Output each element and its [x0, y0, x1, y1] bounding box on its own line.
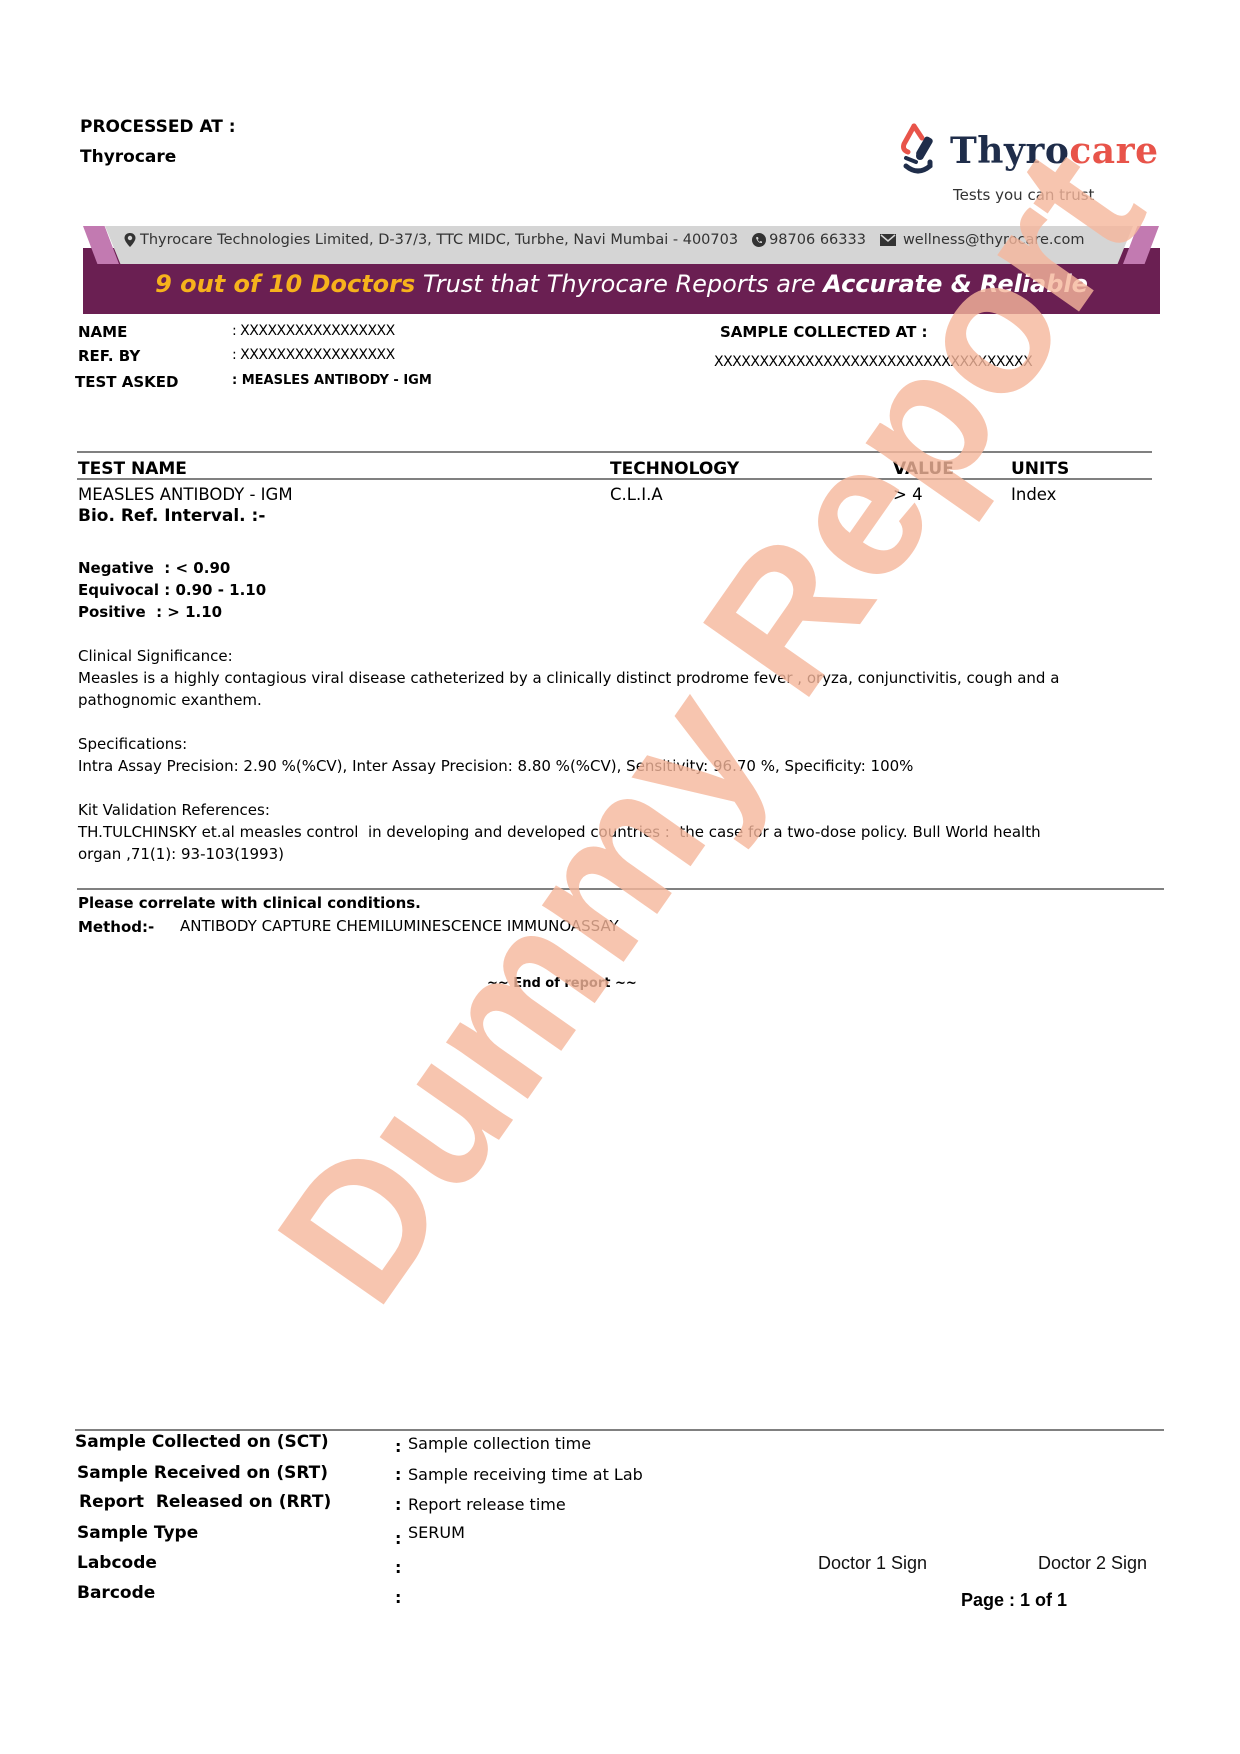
sample-collected-at-label: SAMPLE COLLECTED AT :	[720, 323, 928, 341]
doctor-2-sign: Doctor 2 Sign	[1038, 1553, 1147, 1574]
trust-tagline: 9 out of 10 Doctors Trust that Thyrocare…	[83, 270, 1160, 298]
whatsapp-phone-icon	[752, 233, 766, 247]
bio-ref-title: Bio. Ref. Interval. :-	[78, 506, 265, 526]
specifications-title: Specifications:	[78, 733, 187, 755]
ref-by-value: : XXXXXXXXXXXXXXXXX	[232, 347, 395, 363]
cell-test-name: MEASLES ANTIBODY - IGM	[78, 485, 293, 504]
end-of-report: ~~ End of report ~~	[487, 976, 637, 991]
microscope-drop-icon	[900, 122, 944, 182]
specifications-text: Intra Assay Precision: 2.90 %(%CV), Inte…	[78, 755, 913, 777]
method-value: ANTIBODY CAPTURE CHEMILUMINESCENCE IMMUN…	[180, 917, 619, 935]
table-header-rule	[77, 478, 1152, 480]
header-units: UNITS	[1011, 459, 1069, 479]
name-label: NAME	[78, 323, 127, 341]
clinical-significance-line2: pathognomic exanthem.	[78, 689, 262, 711]
test-asked-label: TEST ASKED	[75, 373, 178, 391]
notes-rule	[77, 888, 1164, 890]
company-email: wellness@thyrocare.com	[903, 232, 1085, 248]
processed-at-value: Thyrocare	[80, 147, 176, 167]
method-label: Method:-	[78, 918, 154, 936]
kit-validation-line1: TH.TULCHINSKY et.al measles control in d…	[78, 821, 1041, 843]
test-asked-value: : MEASLES ANTIBODY - IGM	[232, 373, 432, 388]
dummy-report-watermark: Dummy Report	[235, 396, 986, 1339]
footer-rule	[75, 1429, 1164, 1431]
cell-units: Index	[1011, 485, 1056, 504]
cell-technology: C.L.I.A	[610, 485, 663, 504]
sample-collected-at-value: XXXXXXXXXXXXXXXXXXXXXXXXXXXXXXXXXXX	[714, 354, 1032, 370]
bio-ref-positive: Positive : > 1.10	[78, 601, 222, 623]
processed-at-label: PROCESSED AT :	[80, 117, 236, 137]
doctor-1-sign: Doctor 1 Sign	[818, 1553, 927, 1574]
table-top-rule	[77, 451, 1152, 453]
kit-validation-line2: organ ,71(1): 93-103(1993)	[78, 843, 284, 865]
logo-wordmark: Thyrocare	[950, 130, 1158, 172]
name-value: : XXXXXXXXXXXXXXXXX	[232, 323, 395, 339]
page-number: Page : 1 of 1	[961, 1590, 1067, 1611]
header-test-name: TEST NAME	[78, 459, 187, 479]
bio-ref-negative: Negative : < 0.90	[78, 557, 230, 579]
logo-tagline: Tests you can trust	[953, 186, 1094, 204]
cell-value: > 4	[893, 485, 923, 504]
header-banner: Thyrocare Technologies Limited, D-37/3, …	[83, 222, 1160, 314]
company-address: Thyrocare Technologies Limited, D-37/3, …	[140, 232, 738, 248]
clinical-significance-line1: Measles is a highly contagious viral dis…	[78, 667, 1059, 689]
header-technology: TECHNOLOGY	[610, 459, 739, 479]
company-phone: 98706 66333	[769, 232, 866, 248]
kit-validation-title: Kit Validation References:	[78, 799, 270, 821]
location-pin-icon	[123, 233, 137, 247]
header-value: VALUE	[893, 459, 954, 479]
ref-by-label: REF. BY	[78, 347, 140, 365]
thyrocare-logo: Thyrocare Tests you can trust	[900, 118, 1140, 208]
correlate-note: Please correlate with clinical condition…	[78, 894, 421, 912]
bio-ref-equivocal: Equivocal : 0.90 - 1.10	[78, 579, 266, 601]
email-envelope-icon	[880, 234, 896, 246]
clinical-significance-title: Clinical Significance:	[78, 645, 233, 667]
contact-line: Thyrocare Technologies Limited, D-37/3, …	[123, 232, 1084, 248]
